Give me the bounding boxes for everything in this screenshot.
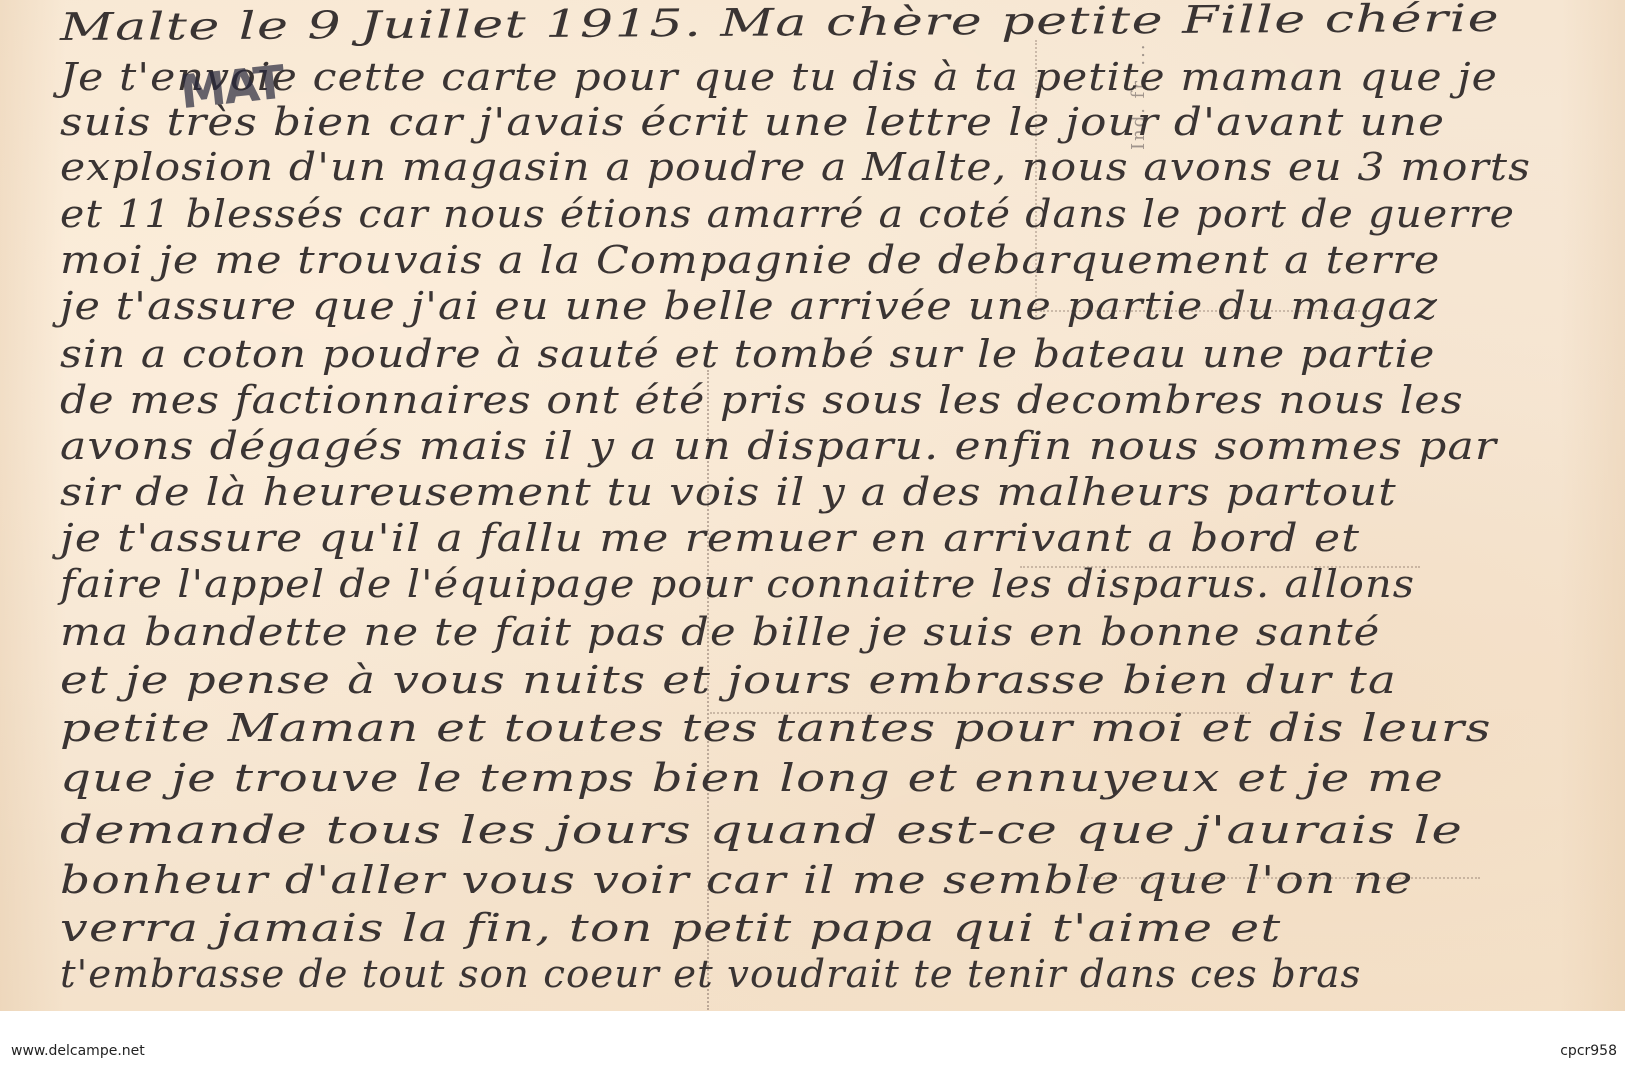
letter-line: Malte le 9 Juillet 1915. Ma chère petite… bbox=[60, 0, 1501, 49]
letter-line: et 11 blessés car nous étions amarré a c… bbox=[60, 192, 1515, 236]
letter-line: de mes factionnaires ont été pris sous l… bbox=[60, 378, 1464, 422]
letter-line: que je trouve le temps bien long et ennu… bbox=[60, 756, 1444, 800]
letter-line: t'embrasse de tout son coeur et voudrait… bbox=[60, 952, 1361, 996]
letter-line: et je pense à vous nuits et jours embras… bbox=[60, 658, 1397, 702]
letter-line: explosion d'un magasin a poudre a Malte,… bbox=[60, 145, 1531, 189]
letter-line: verra jamais la fin, ton petit papa qui … bbox=[60, 906, 1281, 950]
watermark-site-link[interactable]: www.delcampe.net bbox=[11, 1043, 145, 1059]
letter-line: moi je me trouvais a la Compagnie de deb… bbox=[60, 238, 1440, 282]
postmark-stamp: MAT bbox=[177, 55, 285, 119]
letter-line: petite Maman et toutes tes tantes pour m… bbox=[60, 706, 1492, 750]
postcard-back: Ind. fr. ... Malte le 9 Juillet 1915. Ma… bbox=[0, 0, 1625, 1011]
letter-line: bonheur d'aller vous voir car il me semb… bbox=[60, 858, 1414, 902]
item-reference-code: cpcr958 bbox=[1560, 1043, 1617, 1059]
letter-line: faire l'appel de l'équipage pour connait… bbox=[60, 562, 1415, 606]
letter-line: ma bandette ne te fait pas de bille je s… bbox=[60, 610, 1380, 654]
letter-line: demande tous les jours quand est-ce que … bbox=[60, 808, 1463, 852]
letter-line: avons dégagés mais il y a un disparu. en… bbox=[60, 424, 1497, 468]
letter-line: sin a coton poudre à sauté et tombé sur … bbox=[60, 332, 1436, 376]
letter-line: je t'assure qu'il a fallu me remuer en a… bbox=[60, 516, 1360, 560]
letter-line: je t'assure que j'ai eu une belle arrivé… bbox=[60, 284, 1438, 328]
letter-line: sir de là heureusement tu vois il y a de… bbox=[60, 470, 1397, 514]
